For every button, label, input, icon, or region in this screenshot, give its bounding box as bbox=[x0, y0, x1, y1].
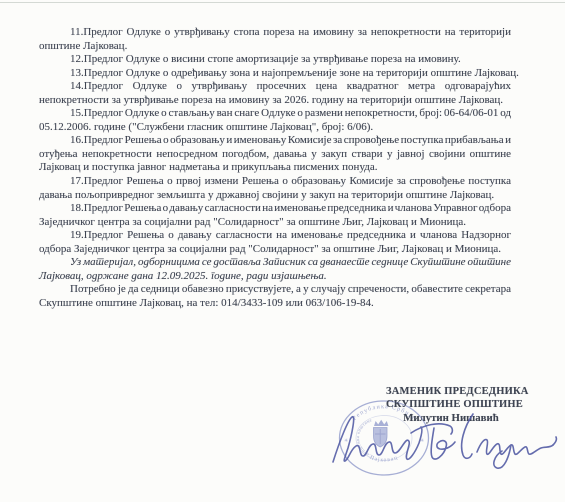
text-line-content: 05.12.2006. године ("Службени гласник оп… bbox=[39, 121, 373, 133]
text-line-content: давања пољопривредног земљишта у државно… bbox=[39, 189, 494, 201]
agenda-item-19: 19.Предлог Решења о давању сагласности н… bbox=[39, 229, 511, 256]
text-line-content: Лајковац и поступка јавног надметања и п… bbox=[39, 161, 377, 173]
text-line-content: одбора Заједничког центра за социјални р… bbox=[39, 243, 501, 255]
text-line: Лајковац и поступка јавног надметања и п… bbox=[39, 161, 511, 175]
text-line-content: Заједничког центра за социјални рад "Сол… bbox=[39, 216, 466, 228]
text-line-content: 17.Предлог Решења о првој измени Решења … bbox=[70, 175, 511, 187]
text-line: 12.Предлог Одлуке о висини стопе амортиз… bbox=[39, 53, 511, 67]
text-line: 11.Предлог Одлуке о утврђивању стопа пор… bbox=[39, 26, 511, 40]
text-line: 15.Предлог Одлуке о стављању ван снаге О… bbox=[39, 107, 511, 121]
text-line: општине Лајковац. bbox=[39, 40, 511, 54]
text-line: 19.Предлог Решења о давању сагласности н… bbox=[39, 229, 511, 243]
text-line-content: 11.Предлог Одлуке о утврђивању стопа пор… bbox=[70, 26, 511, 38]
document-body: 11.Предлог Одлуке о утврђивању стопа пор… bbox=[39, 26, 511, 310]
text-line-content: 15.Предлог Одлуке о стављању ван снаге О… bbox=[70, 107, 511, 119]
text-line-content: 14.Предлог Одлуке о утврђивању просечних… bbox=[70, 80, 511, 92]
text-line-content: Уз материјал, одборницима се доставља За… bbox=[70, 256, 511, 268]
text-line: Лајковац, одржане дана 12.09.2025. годин… bbox=[39, 270, 511, 284]
text-line-content: Скупштине општине Лајковац, на тел: 014/… bbox=[39, 297, 374, 309]
agenda-item-14: 14.Предлог Одлуке о утврђивању просечних… bbox=[39, 80, 511, 107]
agenda-item-17: 17.Предлог Решења о првој измени Решења … bbox=[39, 175, 511, 202]
handwritten-signature-icon bbox=[303, 400, 565, 475]
agenda-item-13: 13.Предлог Одлуке о одређивању зона и на… bbox=[39, 67, 511, 81]
scanned-document-page: 11.Предлог Одлуке о утврђивању стопа пор… bbox=[0, 0, 565, 502]
text-line-content: Лајковац, одржане дана 12.09.2025. годин… bbox=[39, 270, 327, 282]
text-line: 05.12.2006. године ("Службени гласник оп… bbox=[39, 121, 511, 135]
text-line: 16.Предлог Решења о образовању и именова… bbox=[39, 134, 511, 148]
text-line-content: непокретности за утврђивање пореза на им… bbox=[39, 94, 503, 106]
scan-artifact-line bbox=[0, 2, 565, 3]
text-line: давања пољопривредног земљишта у државно… bbox=[39, 189, 511, 203]
text-line-content: 12.Предлог Одлуке о висини стопе амортиз… bbox=[70, 53, 461, 65]
text-line-content: отуђења непокретности непосредном погодб… bbox=[39, 148, 511, 160]
agenda-item-12: 12.Предлог Одлуке о висини стопе амортиз… bbox=[39, 53, 511, 67]
text-line: Заједничког центра за социјални рад "Сол… bbox=[39, 216, 511, 230]
text-line-content: 19.Предлог Решења о давању сагласности н… bbox=[70, 229, 511, 241]
text-line-content: 13.Предлог Одлуке о одређивању зона и на… bbox=[70, 67, 519, 79]
text-line: непокретности за утврђивање пореза на им… bbox=[39, 94, 511, 108]
text-line: Уз материјал, одборницима се доставља За… bbox=[39, 256, 511, 270]
text-line: 13.Предлог Одлуке о одређивању зона и на… bbox=[39, 67, 511, 81]
text-line: Скупштине општине Лајковац, на тел: 014/… bbox=[39, 297, 511, 311]
text-line-content: 16.Предлог Решења о образовању и именова… bbox=[70, 134, 511, 146]
text-line: отуђења непокретности непосредном погодб… bbox=[39, 148, 511, 162]
text-line: Потребно је да седници обавезно присуств… bbox=[39, 283, 511, 297]
text-line: 17.Предлог Решења о првој измени Решења … bbox=[39, 175, 511, 189]
text-line: 18.Предлог Решења о давању сагласности н… bbox=[39, 202, 511, 216]
text-line-content: Потребно је да седници обавезно присуств… bbox=[70, 283, 511, 295]
materials-note: Уз материјал, одборницима се доставља За… bbox=[39, 256, 511, 283]
text-line: одбора Заједничког центра за социјални р… bbox=[39, 243, 511, 257]
agenda-item-16: 16.Предлог Решења о образовању и именова… bbox=[39, 134, 511, 175]
signer-role-line-1: ЗАМЕНИК ПРЕДСЕДНИКА bbox=[386, 385, 516, 398]
agenda-item-15: 15.Предлог Одлуке о стављању ван снаге О… bbox=[39, 107, 511, 134]
text-line-content: општине Лајковац. bbox=[39, 40, 127, 52]
text-line: 14.Предлог Одлуке о утврђивању просечних… bbox=[39, 80, 511, 94]
text-line-content: 18.Предлог Решења о давању сагласности н… bbox=[70, 202, 511, 214]
attendance-note: Потребно је да седници обавезно присуств… bbox=[39, 283, 511, 310]
agenda-item-18: 18.Предлог Решења о давању сагласности н… bbox=[39, 202, 511, 229]
agenda-item-11: 11.Предлог Одлуке о утврђивању стопа пор… bbox=[39, 26, 511, 53]
